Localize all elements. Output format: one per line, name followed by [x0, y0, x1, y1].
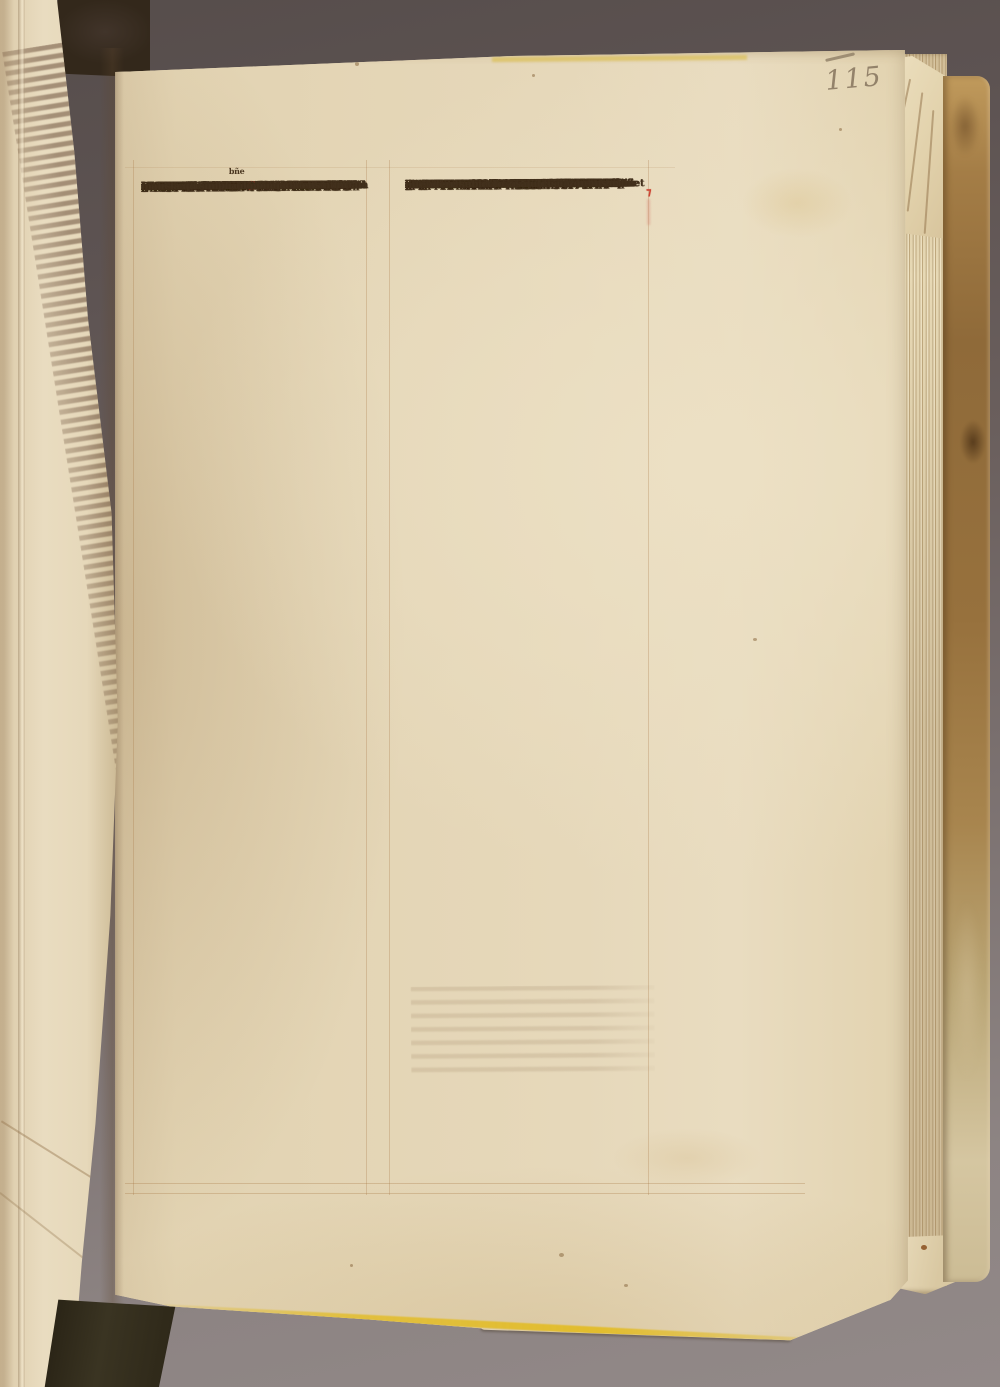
- manuscript-photo: bñe Quare nec scdm iniustu facit. neq; s…: [0, 0, 1000, 1387]
- book-cover-right-edge: [943, 76, 990, 1282]
- manuscript-line: intendere subiecto z saluti: sic z inhii…: [405, 177, 609, 192]
- previous-page-fold-highlight: [18, 0, 25, 1387]
- leather-wear-mark: [952, 900, 982, 1080]
- leather-wear-mark: [950, 96, 980, 156]
- clasp-remnant-mark: [960, 420, 986, 464]
- interlinear-gloss: bñe: [229, 166, 245, 176]
- manuscript-page: bñe Quare nec scdm iniustu facit. neq; s…: [112, 48, 912, 1348]
- text-column-left: Quare nec scdm iniustu facit. neq; scdmp…: [141, 179, 373, 181]
- book-cover-bottom-left: [42, 1296, 178, 1387]
- rust-spot: [921, 1245, 927, 1250]
- folio-number-text: 115: [824, 61, 884, 97]
- text-column-right: malicia simplicit eam que elcone. qm uol…: [405, 177, 651, 179]
- manuscript-line: malicia qd simplr ul ppinq. dicens nunc: [141, 179, 350, 194]
- margin-rubric-mark: ⁊: [646, 185, 652, 198]
- rubric-smudge: [647, 199, 650, 225]
- text-block: bñe Quare nec scdm iniustu facit. neq; s…: [112, 45, 921, 1351]
- show-through-ghost-text: [411, 985, 656, 1075]
